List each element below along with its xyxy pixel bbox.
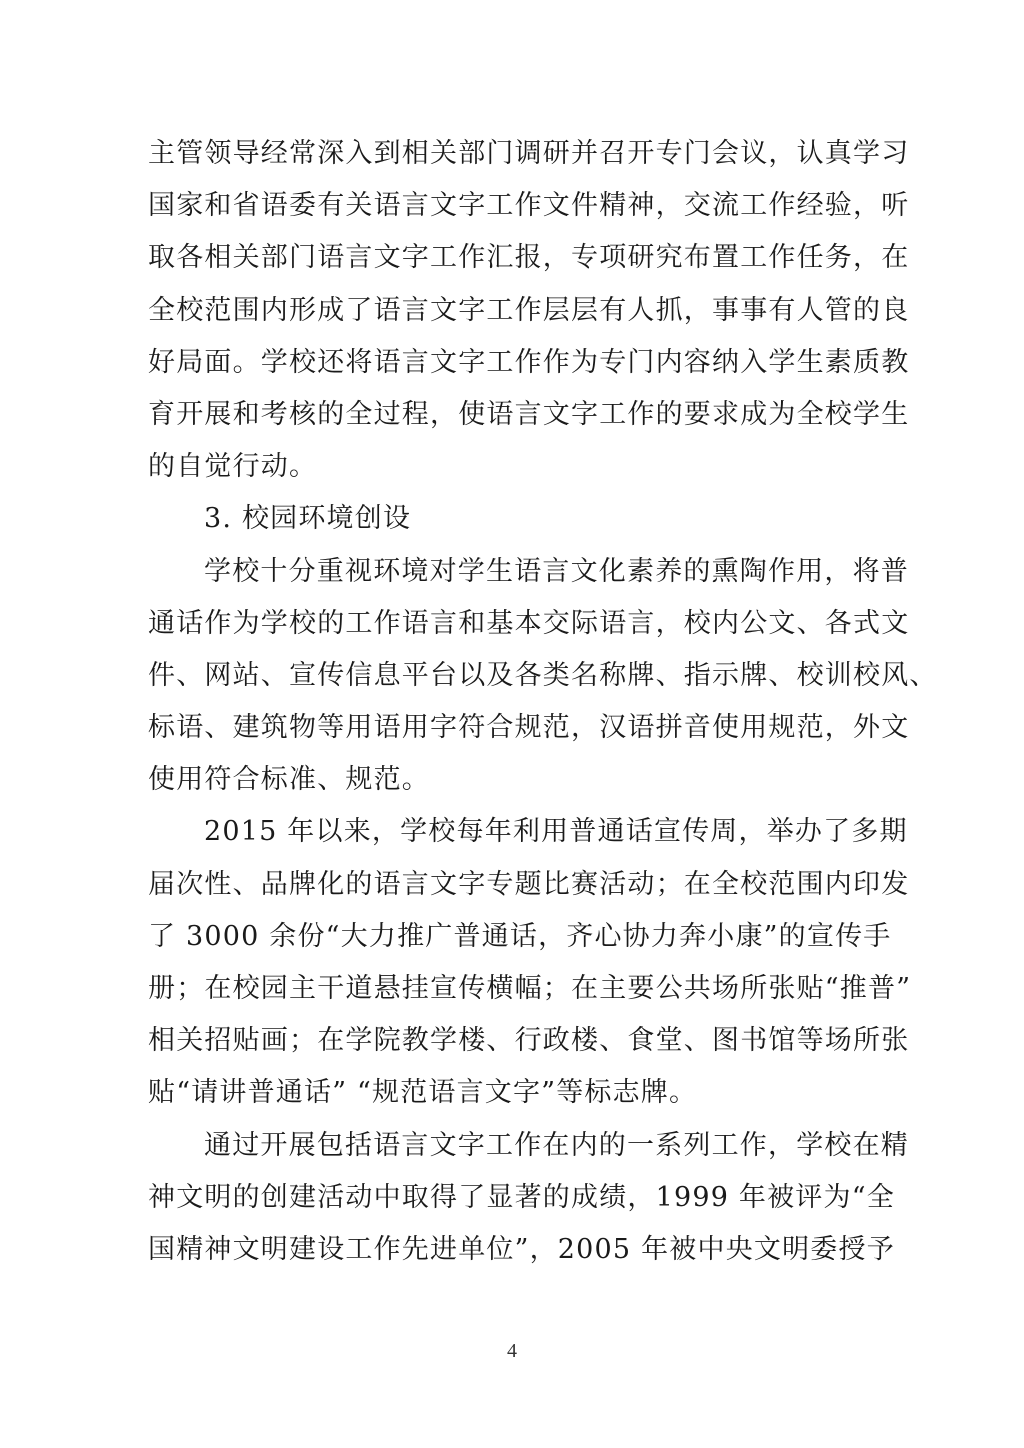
text-line: 神文明的创建活动中取得了显著的成绩，1999 年被评为“全	[148, 1172, 878, 1224]
section-heading: 3. 校园环境创设	[148, 493, 878, 545]
section-heading-text: 3. 校园环境创设	[148, 493, 878, 545]
text-line: 届次性、品牌化的语言文字专题比赛活动；在全校范围内印发	[148, 859, 878, 911]
page-number: 4	[0, 1340, 1024, 1363]
text-line: 取各相关部门语言文字工作汇报，专项研究布置工作任务，在	[148, 232, 878, 284]
text-line: 相关招贴画；在学院教学楼、行政楼、食堂、图书馆等场所张	[148, 1015, 878, 1067]
paragraph-achievements: 通过开展包括语言文字工作在内的一系列工作，学校在精 神文明的创建活动中取得了显著…	[148, 1120, 878, 1277]
document-page: 主管领导经常深入到相关部门调研并召开专门会议，认真学习 国家和省语委有关语言文字…	[0, 0, 1024, 1448]
text-line: 标语、建筑物等用语用字符合规范，汉语拼音使用规范，外文	[148, 702, 878, 754]
text-line: 的自觉行动。	[148, 441, 878, 493]
paragraph-leadership: 主管领导经常深入到相关部门调研并召开专门会议，认真学习 国家和省语委有关语言文字…	[148, 128, 878, 493]
text-line: 2015 年以来，学校每年利用普通话宣传周，举办了多期	[148, 806, 878, 858]
text-line: 件、网站、宣传信息平台以及各类名称牌、指示牌、校训校风、	[148, 650, 878, 702]
paragraph-since-2015: 2015 年以来，学校每年利用普通话宣传周，举办了多期 届次性、品牌化的语言文字…	[148, 806, 878, 1119]
text-line: 国精神文明建设工作先进单位”，2005 年被中央文明委授予	[148, 1224, 878, 1276]
text-line: 好局面。学校还将语言文字工作作为专门内容纳入学生素质教	[148, 337, 878, 389]
text-line: 学校十分重视环境对学生语言文化素养的熏陶作用，将普	[148, 546, 878, 598]
text-line: 通过开展包括语言文字工作在内的一系列工作，学校在精	[148, 1120, 878, 1172]
text-line: 使用符合标准、规范。	[148, 754, 878, 806]
text-line: 通话作为学校的工作语言和基本交际语言，校内公文、各式文	[148, 598, 878, 650]
text-line: 全校范围内形成了语言文字工作层层有人抓，事事有人管的良	[148, 285, 878, 337]
text-line: 育开展和考核的全过程，使语言文字工作的要求成为全校学生	[148, 389, 878, 441]
text-line: 国家和省语委有关语言文字工作文件精神，交流工作经验，听	[148, 180, 878, 232]
text-line: 贴“请讲普通话” “规范语言文字”等标志牌。	[148, 1067, 878, 1119]
text-line: 了 3000 余份“大力推广普通话，齐心协力奔小康”的宣传手	[148, 911, 878, 963]
paragraph-environment: 学校十分重视环境对学生语言文化素养的熏陶作用，将普 通话作为学校的工作语言和基本…	[148, 546, 878, 807]
text-line: 册；在校园主干道悬挂宣传横幅；在主要公共场所张贴“推普”	[148, 963, 878, 1015]
text-line: 主管领导经常深入到相关部门调研并召开专门会议，认真学习	[148, 128, 878, 180]
body-text: 主管领导经常深入到相关部门调研并召开专门会议，认真学习 国家和省语委有关语言文字…	[148, 128, 878, 1276]
